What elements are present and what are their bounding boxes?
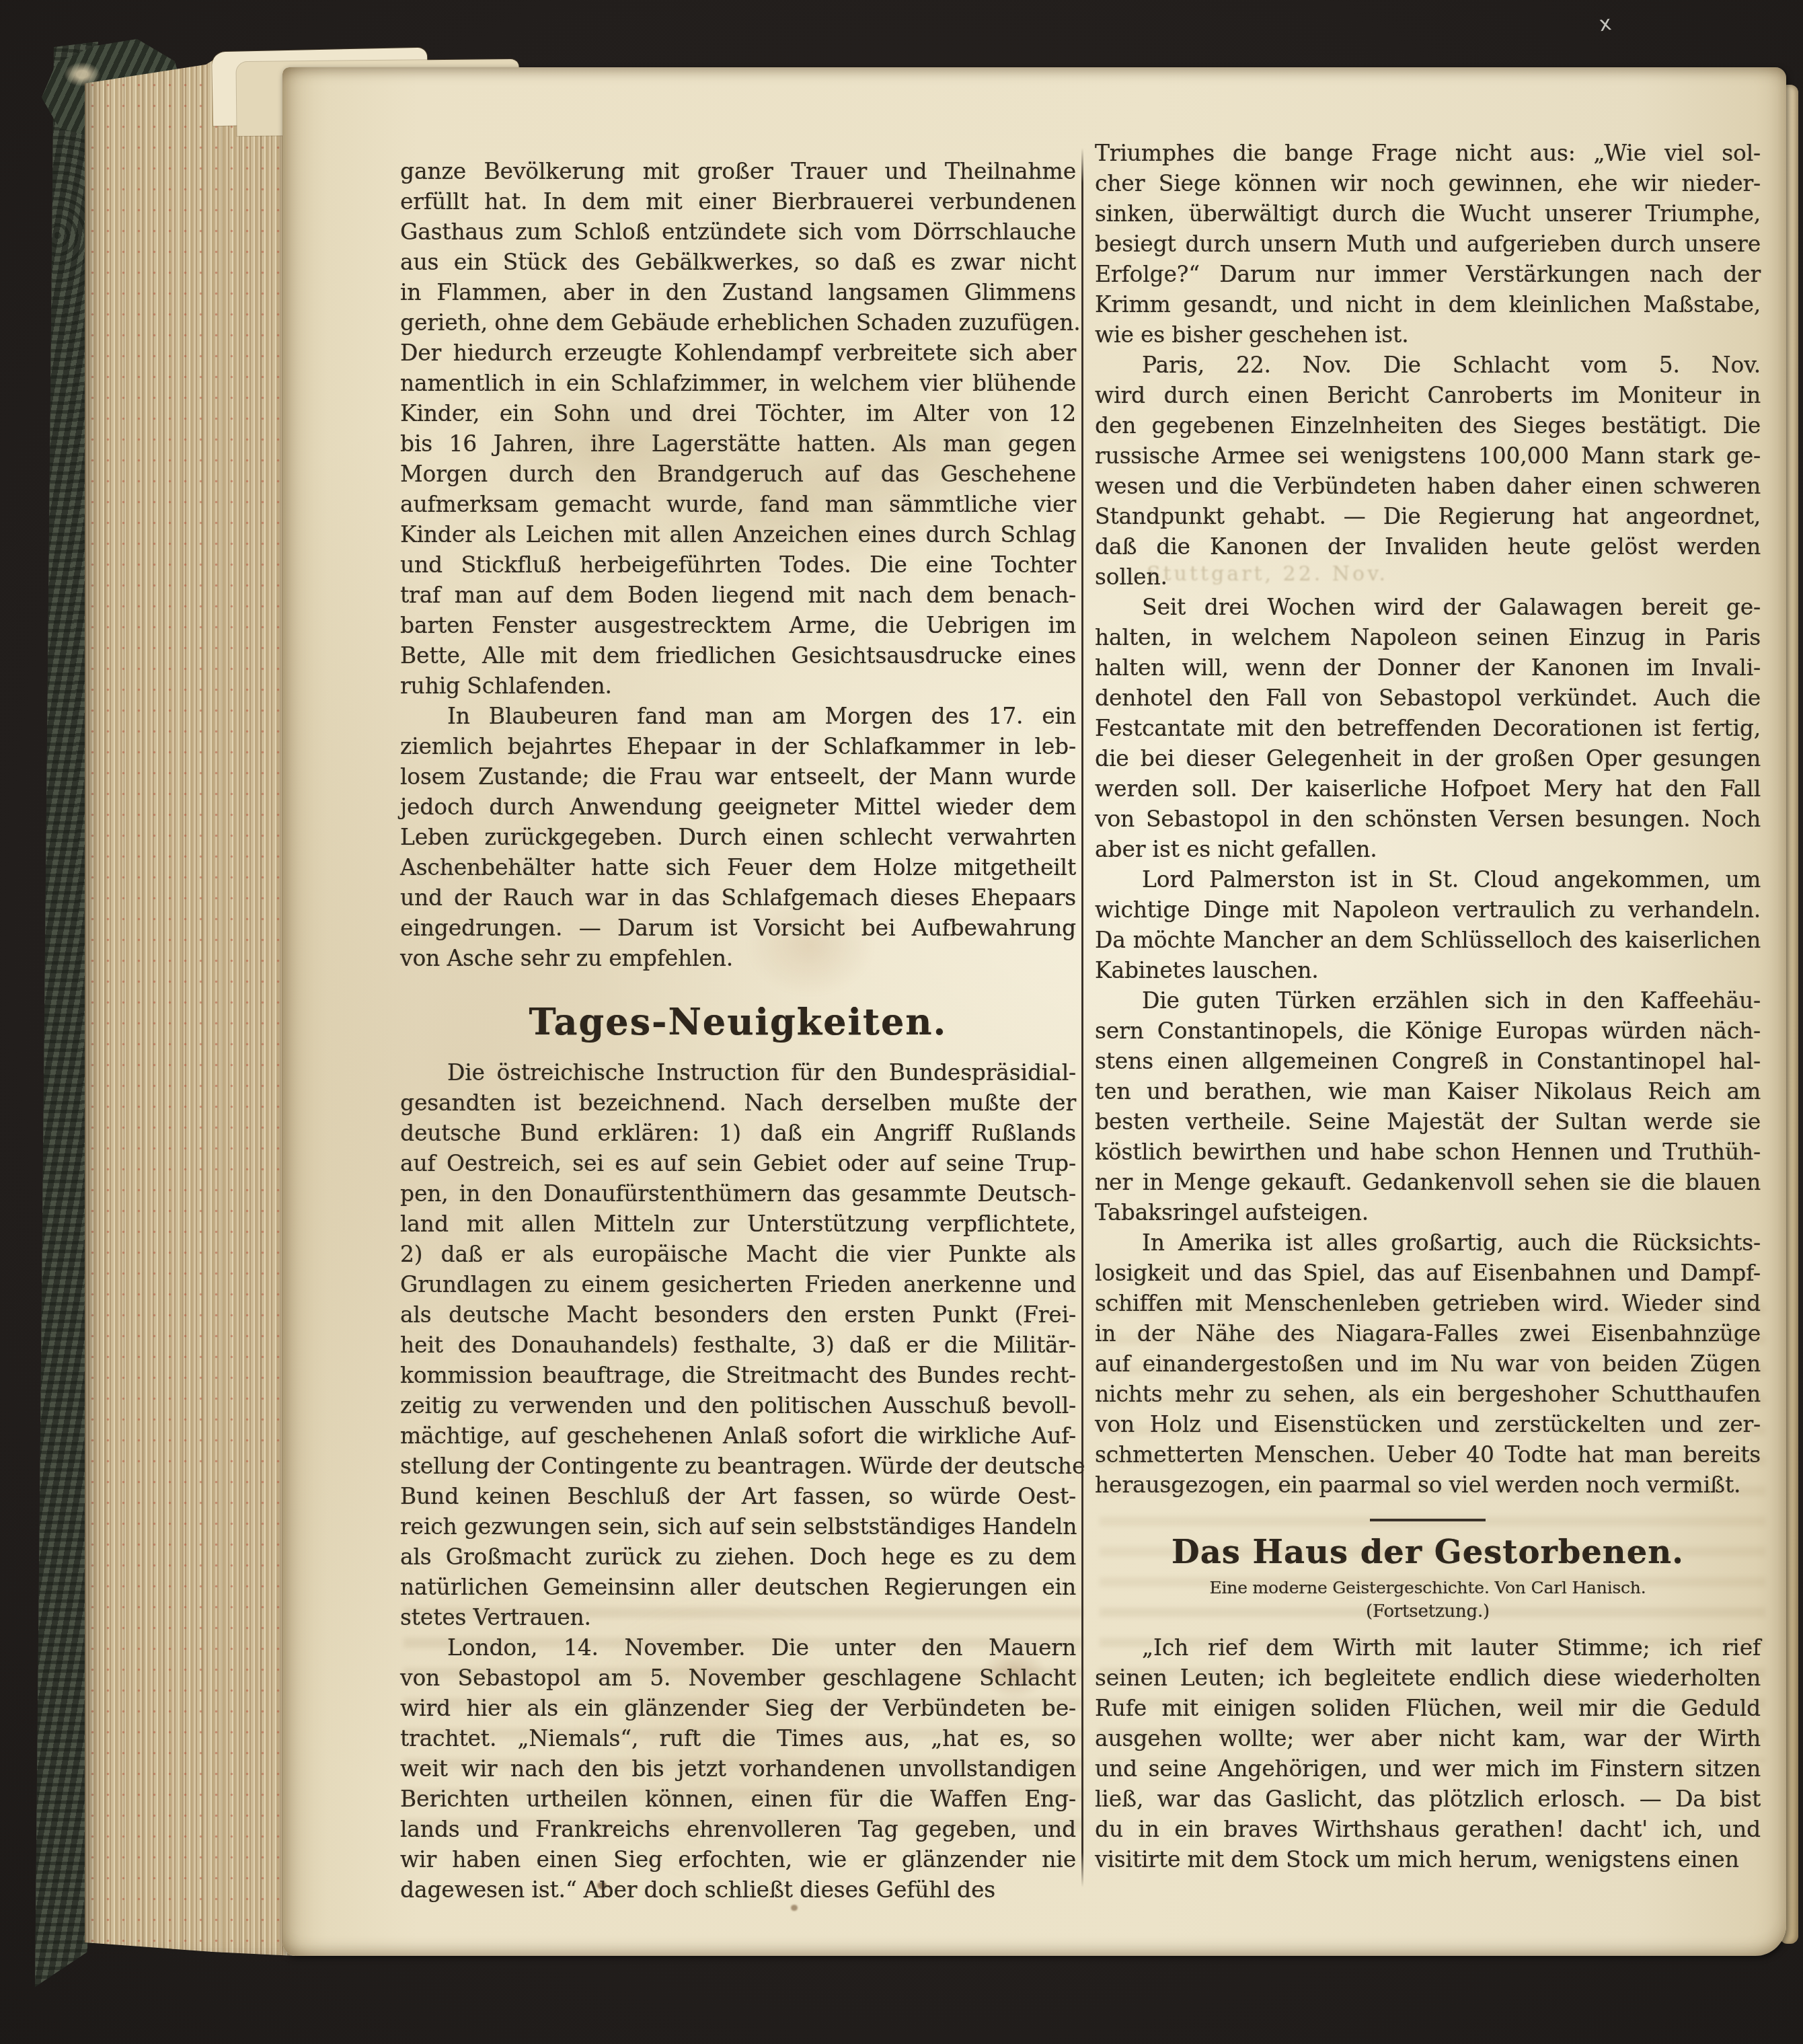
scanned-book-page: x Stuttgart, 22. Nov. ganze Bevölkerung …: [0, 0, 1803, 2044]
text-line: Bette, Alle mit dem friedlichen Gesichts…: [400, 640, 1076, 671]
text-line: ließ, war das Gaslicht, das plötzlich er…: [1095, 1784, 1761, 1814]
text-line: visitirte mit dem Stock um mich herum, w…: [1095, 1844, 1761, 1875]
text-line: gesandten ist bezeichnend. Nach derselbe…: [400, 1088, 1076, 1118]
text-line: mächtige, auf geschehenen Anlaß sofort d…: [400, 1421, 1076, 1451]
text-line: pen, in den Donaufürstenthümern das gesa…: [400, 1178, 1076, 1209]
left-column-bottom-paragraphs: Die östreichische Instruction für den Bu…: [400, 1057, 1076, 1905]
text-line: Standpunkt gehabt. — Die Regierung hat a…: [1095, 501, 1761, 531]
paragraph: ganze Bevölkerung mit großer Trauer und …: [400, 156, 1076, 701]
text-line: sern Constantinopels, die Könige Europas…: [1095, 1016, 1761, 1046]
text-line: denhotel den Fall von Sebastopol verkünd…: [1095, 683, 1761, 713]
text-line: aufmerksam gemacht wurde, fand man sämmt…: [400, 489, 1076, 519]
paragraph: Die östreichische Instruction für den Bu…: [400, 1057, 1076, 1632]
text-line: wesen und die Verbündeten haben daher ei…: [1095, 471, 1761, 501]
text-line: wie es bisher geschehen ist.: [1095, 319, 1761, 350]
paragraph: Seit drei Wochen wird der Galawagen bere…: [1095, 592, 1761, 864]
text-line: ruhig Schlafenden.: [400, 671, 1076, 701]
text-line: natürlichen Gemeinsinn aller deutschen R…: [400, 1572, 1076, 1602]
text-line: namentlich in ein Schlafzimmer, in welch…: [400, 368, 1076, 398]
text-line: und der Rauch war in das Schlafgemach di…: [400, 882, 1076, 913]
text-line: wir haben einen Sieg erfochten, wie er g…: [400, 1844, 1076, 1875]
text-line: dagewesen ist.“ Aber doch schließt diese…: [400, 1875, 1076, 1905]
text-line: Triumphes die bange Frage nicht aus: „Wi…: [1095, 138, 1761, 168]
text-line: Der hiedurch erzeugte Kohlendampf verbre…: [400, 338, 1076, 368]
text-line: du in ein braves Wirthshaus gerathen! da…: [1095, 1814, 1761, 1844]
text-line: Berichten urtheilen können, einen für di…: [400, 1784, 1076, 1814]
text-line: russische Armee sei wenigstens 100,000 M…: [1095, 441, 1761, 471]
text-line: „Ich rief dem Wirth mit lauter Stimme; i…: [1095, 1632, 1761, 1663]
paragraph: In Blaubeuren fand man am Morgen des 17.…: [400, 701, 1076, 973]
text-line: traf man auf dem Boden liegend mit nach …: [400, 580, 1076, 610]
text-line: jedoch durch Anwendung geeigneter Mittel…: [400, 792, 1076, 822]
text-line: als Großmacht zurück zu ziehen. Doch heg…: [400, 1542, 1076, 1572]
paragraph: Triumphes die bange Frage nicht aus: „Wi…: [1095, 138, 1761, 350]
text-line: Erfolge?“ Darum nur immer Verstärkungen …: [1095, 259, 1761, 289]
story-continuation-note: (Fortsetzung.): [1095, 1600, 1761, 1623]
text-line: barten Fenster ausgestrecktem Arme, die …: [400, 610, 1076, 640]
column-divider-rule: [1081, 148, 1083, 1887]
text-line: losigkeit und das Spiel, das auf Eisenba…: [1095, 1258, 1761, 1288]
text-line: Gasthaus zum Schloß entzündete sich vom …: [400, 217, 1076, 247]
text-line: von Holz und Eisenstücken und zerstückel…: [1095, 1409, 1761, 1439]
text-line: Krimm gesandt, und nicht in dem kleinlic…: [1095, 289, 1761, 319]
right-column: Triumphes die bange Frage nicht aus: „Wi…: [1095, 138, 1761, 1875]
text-line: aus ein Stück des Gebälkwerkes, so daß e…: [400, 247, 1076, 277]
story-subtitle: Eine moderne Geistergeschichte. Von Carl…: [1095, 1577, 1761, 1599]
text-line: land mit allen Mitteln zur Unterstützung…: [400, 1209, 1076, 1239]
page-stack-fore-edge: [85, 54, 295, 1956]
text-line: Kabinetes lauschen.: [1095, 955, 1761, 985]
text-line: reich gezwungen sein, sich auf sein selb…: [400, 1511, 1076, 1542]
text-line: erfüllt hat. In dem mit einer Bierbrauer…: [400, 186, 1076, 217]
text-line: weit wir nach den bis jetzt vorhandenen …: [400, 1753, 1076, 1784]
text-line: Morgen durch den Brandgeruch auf das Ges…: [400, 459, 1076, 489]
text-line: Rufe mit einigen soliden Flüchen, weil m…: [1095, 1693, 1761, 1723]
text-line: und seine Angehörigen, und wer mich im F…: [1095, 1753, 1761, 1784]
text-line: ner in Menge gekauft. Gedankenvoll sehen…: [1095, 1167, 1761, 1197]
text-line: als deutsche Macht besonders den ersten …: [400, 1299, 1076, 1330]
text-line: von Asche sehr zu empfehlen.: [400, 943, 1076, 973]
text-line: schmetterten Menschen. Ueber 40 Todte ha…: [1095, 1439, 1761, 1470]
text-line: wird durch einen Bericht Canroberts im M…: [1095, 380, 1761, 410]
story-title: Das Haus der Gestorbenen.: [1095, 1538, 1761, 1568]
text-line: halten will, wenn der Donner der Kanonen…: [1095, 652, 1761, 683]
text-line: von Sebastopol in den schönsten Versen b…: [1095, 804, 1761, 834]
text-line: lands und Frankreichs ehrenvolleren Tag …: [400, 1814, 1076, 1844]
text-line: auf einandergestoßen und im Nu war von b…: [1095, 1349, 1761, 1379]
text-line: besten vertheile. Seine Majestät der Sul…: [1095, 1106, 1761, 1137]
text-line: wichtige Dinge mit Napoleon vertraulich …: [1095, 895, 1761, 925]
text-line: aber ist es nicht gefallen.: [1095, 834, 1761, 864]
text-line: stetes Vertrauen.: [400, 1602, 1076, 1632]
text-line: Festcantate mit den betreffenden Decorat…: [1095, 713, 1761, 743]
newspaper-page: Stuttgart, 22. Nov. ganze Bevölkerung mi…: [282, 67, 1786, 1956]
text-line: In Blaubeuren fand man am Morgen des 17.…: [400, 701, 1076, 731]
text-line: Aschenbehälter hatte sich Feuer dem Holz…: [400, 852, 1076, 882]
text-line: In Amerika ist alles großartig, auch die…: [1095, 1227, 1761, 1258]
text-line: und Stickfluß herbeigeführten Todes. Die…: [400, 550, 1076, 580]
text-line: Die östreichische Instruction für den Bu…: [400, 1057, 1076, 1088]
text-line: ganze Bevölkerung mit großer Trauer und …: [400, 156, 1076, 186]
text-line: ausgehen wollte; wer aber nicht kam, war…: [1095, 1723, 1761, 1753]
text-line: auf Oestreich, sei es auf sein Gebiet od…: [400, 1148, 1076, 1178]
text-line: besiegt durch unsern Muth und aufgeriebe…: [1095, 229, 1761, 259]
right-column-news-paragraphs: Triumphes die bange Frage nicht aus: „Wi…: [1095, 138, 1761, 1500]
paper-stain: [791, 1905, 798, 1911]
text-line: in Flammen, aber in den Zustand langsame…: [400, 277, 1076, 307]
left-column: ganze Bevölkerung mit großer Trauer und …: [400, 156, 1076, 1905]
text-line: Grundlagen zu einem gesicherten Frieden …: [400, 1269, 1076, 1299]
text-line: in der Nähe des Niagara-Falles zwei Eise…: [1095, 1318, 1761, 1349]
text-line: stellung der Contingente zu beantragen. …: [400, 1451, 1076, 1481]
paragraph: London, 14. November. Die unter den Maue…: [400, 1632, 1076, 1905]
paragraph: Paris, 22. Nov. Die Schlacht vom 5. Nov.…: [1095, 350, 1761, 592]
paragraph: „Ich rief dem Wirth mit lauter Stimme; i…: [1095, 1632, 1761, 1875]
handwritten-corner-mark: x: [1598, 11, 1613, 36]
text-line: seinen Leuten; ich begleitete endlich di…: [1095, 1663, 1761, 1693]
text-line: trachtet. „Niemals“, ruft die Times aus,…: [400, 1723, 1076, 1753]
text-line: cher Siege können wir noch gewinnen, ehe…: [1095, 168, 1761, 198]
text-line: Kinder als Leichen mit allen Anzeichen e…: [400, 519, 1076, 550]
text-line: ten und berathen, wie man Kaiser Nikolau…: [1095, 1076, 1761, 1106]
text-line: wird hier als ein glänzender Sieg der Ve…: [400, 1693, 1076, 1723]
text-line: Die guten Türken erzählen sich in den Ka…: [1095, 985, 1761, 1016]
text-line: eingedrungen. — Darum ist Vorsicht bei A…: [400, 913, 1076, 943]
story-divider-rule: [1370, 1519, 1486, 1521]
paragraph: Lord Palmerston ist in St. Cloud angekom…: [1095, 864, 1761, 985]
text-line: heit des Donauhandels) festhalte, 3) daß…: [400, 1330, 1076, 1360]
text-line: sinken, überwältigt durch die Wucht unse…: [1095, 198, 1761, 229]
text-line: daß die Kanonen der Invaliden heute gelö…: [1095, 531, 1761, 562]
text-line: werden soll. Der kaiserliche Hofpoet Mer…: [1095, 773, 1761, 804]
text-line: Paris, 22. Nov. Die Schlacht vom 5. Nov.: [1095, 350, 1761, 380]
text-line: Da möchte Mancher an dem Schlüsselloch d…: [1095, 925, 1761, 955]
text-line: den gegebenen Einzelnheiten des Sieges b…: [1095, 410, 1761, 441]
text-line: Lord Palmerston ist in St. Cloud angekom…: [1095, 864, 1761, 895]
text-line: Kinder, ein Sohn und drei Töchter, im Al…: [400, 398, 1076, 428]
text-line: 2) daß er als europäische Macht die vier…: [400, 1239, 1076, 1269]
text-line: zeitig zu verwenden und den politischen …: [400, 1390, 1076, 1421]
text-line: köstlich bewirthen und habe schon Hennen…: [1095, 1137, 1761, 1167]
text-line: losem Zustande; die Frau war entseelt, d…: [400, 761, 1076, 792]
story-paragraphs: „Ich rief dem Wirth mit lauter Stimme; i…: [1095, 1632, 1761, 1875]
section-heading-tages-neuigkeiten: Tages-Neuigkeiten.: [400, 1007, 1076, 1037]
text-line: die bei dieser Gelegenheit in der großen…: [1095, 743, 1761, 773]
text-line: bis 16 Jahren, ihre Lagerstätte hatten. …: [400, 428, 1076, 459]
text-line: halten, in welchem Napoleon seinen Einzu…: [1095, 622, 1761, 652]
text-line: ziemlich bejahrtes Ehepaar in der Schlaf…: [400, 731, 1076, 761]
text-line: nichts mehr zu sehen, als ein bergeshohe…: [1095, 1379, 1761, 1409]
left-column-top-paragraphs: ganze Bevölkerung mit großer Trauer und …: [400, 156, 1076, 973]
text-line: von Sebastopol am 5. November geschlagen…: [400, 1663, 1076, 1693]
text-line: gerieth, ohne dem Gebäude erheblichen Sc…: [400, 307, 1076, 338]
paragraph: Die guten Türken erzählen sich in den Ka…: [1095, 985, 1761, 1227]
text-line: deutsche Bund erklären: 1) daß ein Angri…: [400, 1118, 1076, 1148]
text-line: Bund keinen Beschluß der Art fassen, so …: [400, 1481, 1076, 1511]
text-line: Leben zurückgegeben. Durch einen schlech…: [400, 822, 1076, 852]
text-line: schiffen mit Menschenleben getrieben wir…: [1095, 1288, 1761, 1318]
text-line: sollen.: [1095, 562, 1761, 592]
text-line: kommission beauftrage, die Streitmacht d…: [400, 1360, 1076, 1390]
text-line: Seit drei Wochen wird der Galawagen bere…: [1095, 592, 1761, 622]
text-line: Tabaksringel aufsteigen.: [1095, 1197, 1761, 1227]
text-line: herausgezogen, ein paarmal so viel werde…: [1095, 1470, 1761, 1500]
text-line: stens einen allgemeinen Congreß in Const…: [1095, 1046, 1761, 1076]
text-line: London, 14. November. Die unter den Maue…: [400, 1632, 1076, 1663]
paragraph: In Amerika ist alles großartig, auch die…: [1095, 1227, 1761, 1500]
